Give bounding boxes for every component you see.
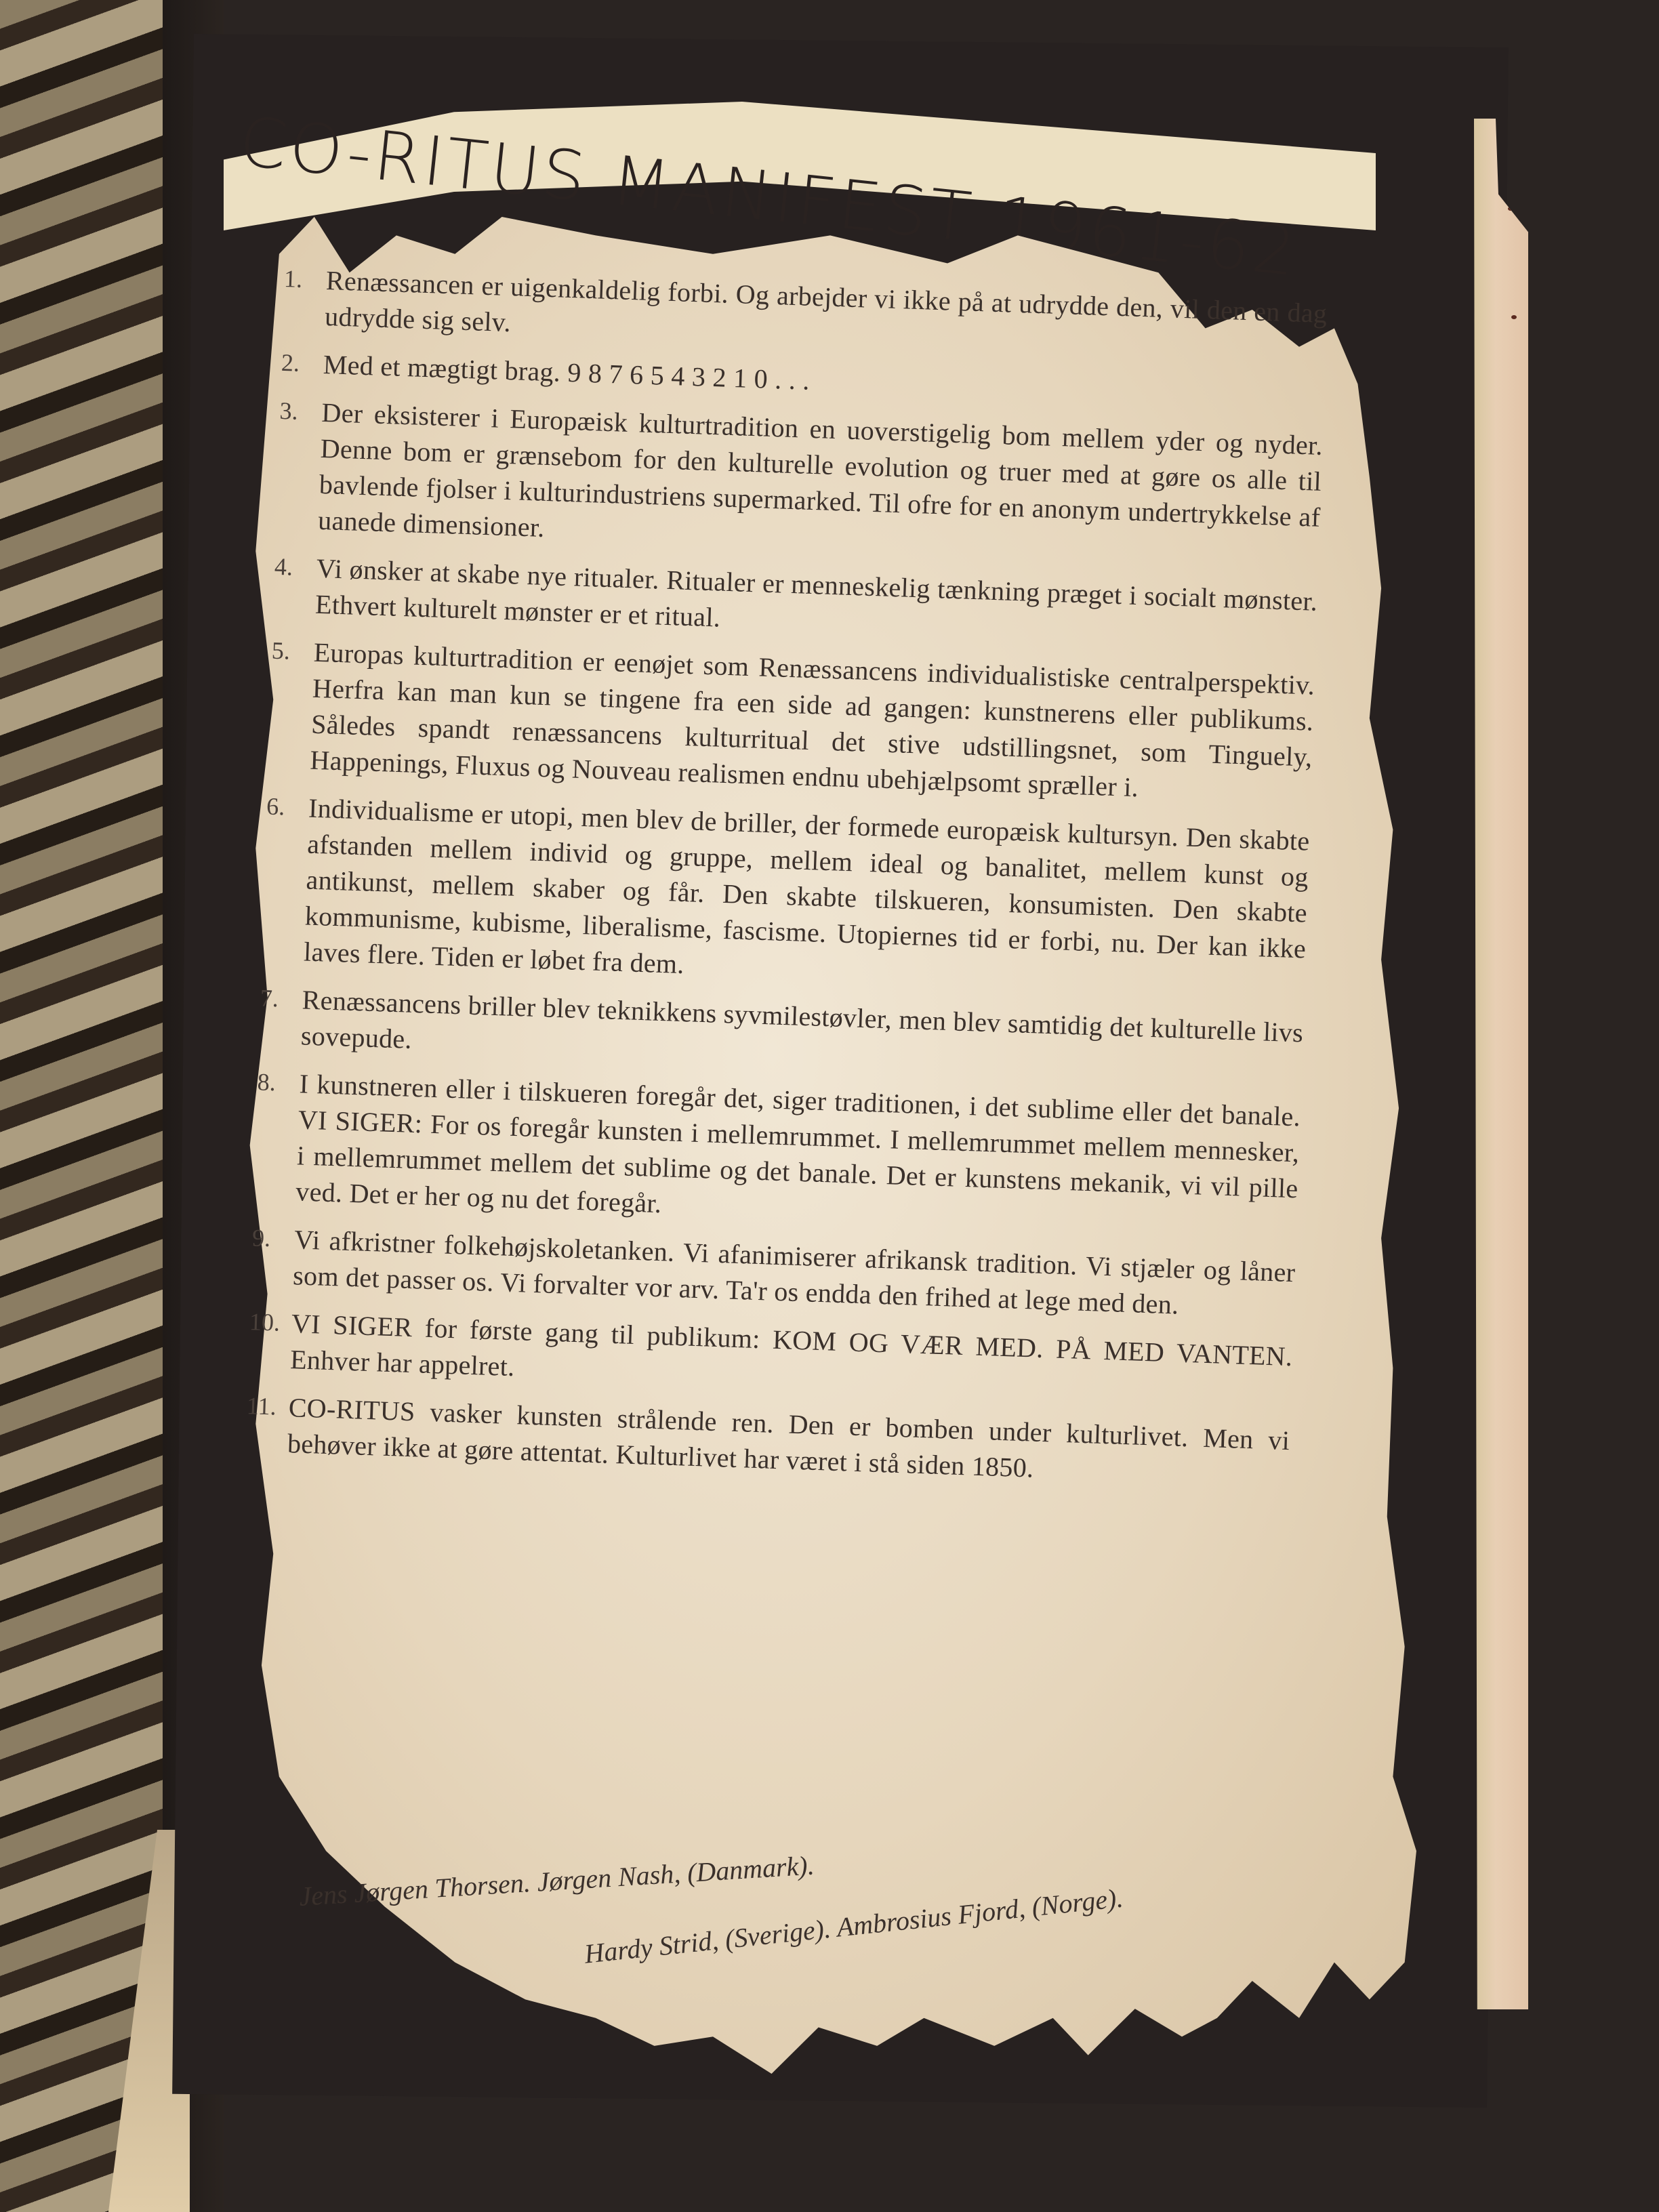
- item-text: Europas kulturtradition er eenøjet som R…: [310, 634, 1315, 811]
- item-number: 3.: [276, 393, 323, 538]
- right-page-edges: [1474, 119, 1528, 2009]
- item-number: 10.: [247, 1304, 291, 1377]
- item-number: 5.: [268, 633, 314, 778]
- item-number: 6.: [261, 789, 309, 970]
- page-edge-mark: [1508, 207, 1513, 211]
- item-number: 11.: [245, 1388, 289, 1461]
- item-number: 8.: [253, 1064, 300, 1209]
- item-number: 2.: [281, 345, 324, 382]
- item-number: 7.: [258, 980, 302, 1053]
- manifesto-item: 3. Der eksisterer i Europæisk kulturtrad…: [276, 393, 1324, 571]
- item-number: 9.: [251, 1220, 295, 1293]
- manifesto-list: 1. Renæssancen er uigenkaldelig forbi. O…: [245, 261, 1328, 1507]
- page-edge-mark: [1511, 315, 1517, 319]
- item-text: Individualisme er utopi, men blev de bri…: [303, 790, 1310, 1003]
- item-number: 4.: [272, 549, 316, 622]
- item-text: I kunstneren eller i tilskueren foregår …: [295, 1065, 1301, 1242]
- item-text: Der eksisterer i Europæisk kulturtraditi…: [317, 394, 1323, 571]
- item-number: 1.: [282, 261, 326, 334]
- manifesto-item: 5. Europas kulturtradition er eenøjet so…: [268, 633, 1315, 811]
- left-facing-page-photo: [0, 0, 169, 2212]
- manifesto-item: 8. I kunstneren eller i tilskueren foreg…: [253, 1064, 1301, 1242]
- manifesto-item: 6. Individualisme er utopi, men blev de …: [261, 789, 1310, 1003]
